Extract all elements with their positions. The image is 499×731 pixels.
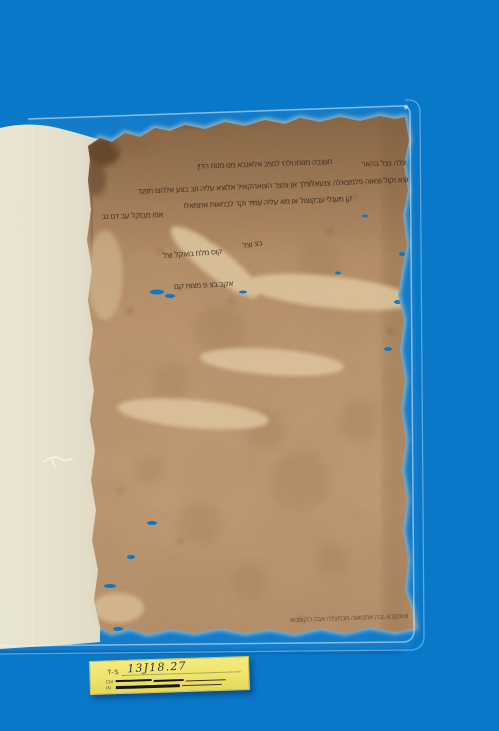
in-scale-bar xyxy=(116,684,180,689)
in-scale-rule xyxy=(182,683,222,685)
in-scale-caption: IN xyxy=(106,685,116,690)
in-scale-row: IN xyxy=(106,682,222,690)
cm-scale-bar xyxy=(116,679,152,683)
classmark-prefix: T-S xyxy=(107,669,119,676)
ink-stain xyxy=(111,137,151,153)
classmark-label: T-S 13J18.27 CM IN xyxy=(89,656,250,695)
sleeve-corner-glint xyxy=(404,105,408,109)
cm-scale-caption: CM xyxy=(106,679,116,684)
photo-stage: תנצבה מנוחו ולהי לנציב אלאנבא מנו מנוח ה… xyxy=(0,0,499,731)
cm-scale-bar xyxy=(154,679,184,682)
cm-scale-rule xyxy=(186,679,226,681)
